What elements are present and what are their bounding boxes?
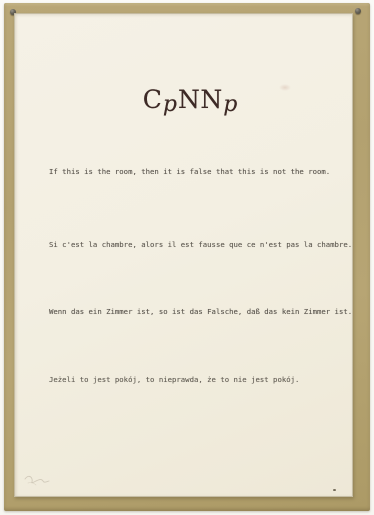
photograph-background: CpNNp If this is the room, then it is fa…: [0, 0, 374, 515]
paper-sheet: CpNNp If this is the room, then it is fa…: [14, 13, 353, 497]
board-speck: [333, 489, 336, 491]
title-segment-nn: NN: [178, 85, 223, 114]
title-segment-p2: p: [223, 92, 239, 117]
title-logic-notation: CpNNp: [15, 85, 352, 117]
push-pin-top-right-icon: [355, 8, 361, 14]
sentence-polish: Jeżeli to jest pokój, to nieprawda, że t…: [49, 375, 299, 384]
sentence-french: Si c'est la chambre, alors il est fausse…: [49, 240, 352, 249]
pencil-mark: [21, 470, 55, 492]
paper-stain: [279, 84, 291, 91]
sentence-english: If this is the room, then it is false th…: [49, 167, 330, 176]
sentence-german: Wenn das ein Zimmer ist, so ist das Fals…: [49, 307, 352, 316]
title-segment-c: C: [143, 85, 163, 114]
mounting-board: CpNNp If this is the room, then it is fa…: [4, 3, 370, 511]
title-segment-p1: p: [162, 92, 178, 117]
